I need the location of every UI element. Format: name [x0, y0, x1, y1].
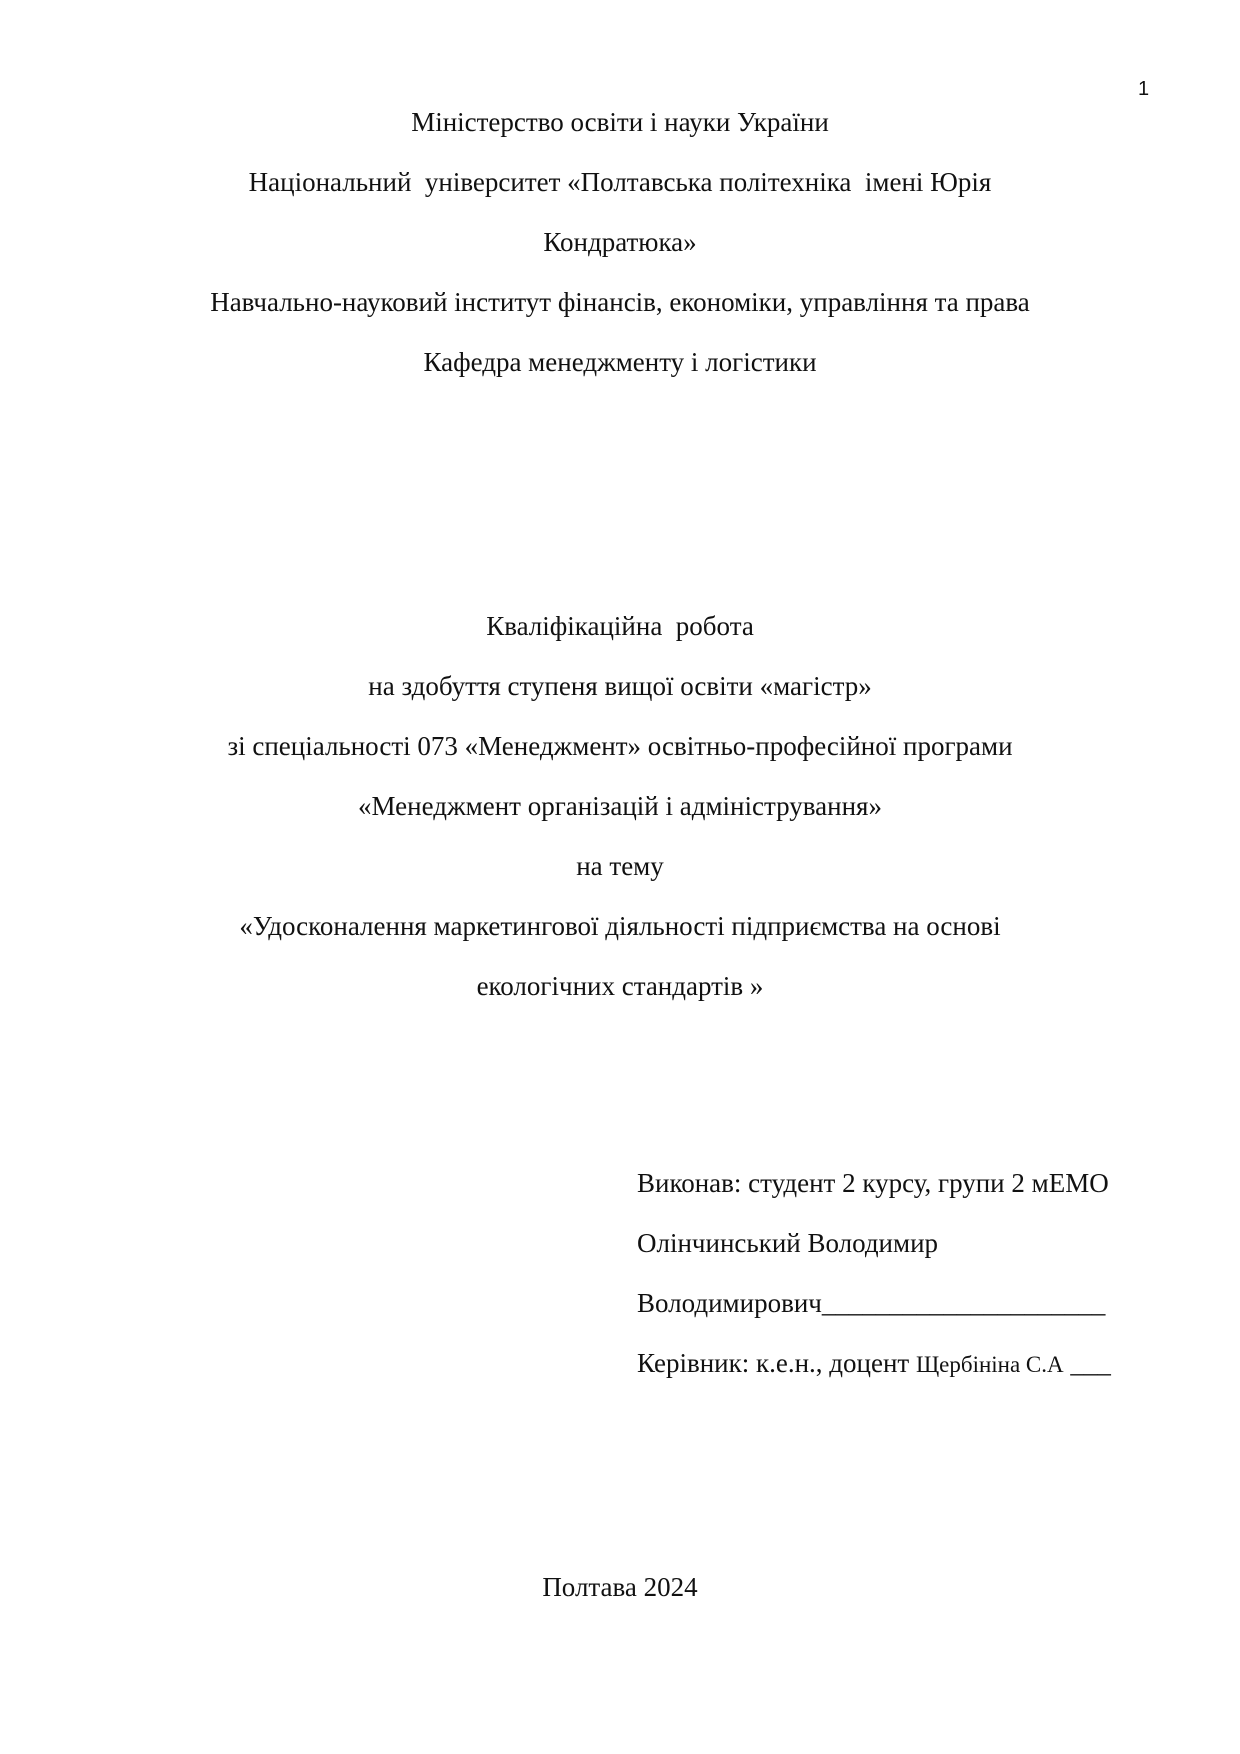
specialty-line: зі спеціальності 073 «Менеджмент» освітн…	[0, 716, 1240, 776]
city-year: Полтава 2024	[0, 1557, 1240, 1617]
work-type: Кваліфікаційна робота	[0, 596, 1240, 656]
work-title-block: Кваліфікаційна робота на здобуття ступен…	[0, 596, 1240, 1016]
footer: Полтава 2024	[0, 1557, 1240, 1617]
author-block: Виконав: студент 2 курсу, групи 2 мЕМО О…	[637, 1153, 1111, 1393]
supervisor-signature: ___	[1064, 1348, 1111, 1378]
university-line-cont: Кондратюка»	[0, 212, 1240, 272]
institution-header: Міністерство освіти і науки України Наці…	[0, 92, 1240, 392]
department-line: Кафедра менеджменту і логістики	[0, 332, 1240, 392]
supervisor-line: Керівник: к.е.н., доцент Щербініна С.А _…	[637, 1333, 1111, 1393]
degree-line: на здобуття ступеня вищої освіти «магіст…	[0, 656, 1240, 716]
supervisor-label: Керівник: к.е.н., доцент	[637, 1348, 916, 1378]
ministry-line: Міністерство освіти і науки України	[0, 92, 1240, 152]
topic-title: «Удосконалення маркетингової діяльності …	[0, 896, 1240, 956]
student-name: Олінчинський Володимир	[637, 1213, 1111, 1273]
institute-line: Навчально-науковий інститут фінансів, ек…	[0, 272, 1240, 332]
topic-label: на тему	[0, 836, 1240, 896]
program-line: «Менеджмент організацій і адмініструванн…	[0, 776, 1240, 836]
student-name-cont: Володимирович_____________________	[637, 1273, 1111, 1333]
university-line: Національний університет «Полтавська пол…	[0, 152, 1240, 212]
topic-title-cont: екологічних стандартів »	[0, 956, 1240, 1016]
performed-by: Виконав: студент 2 курсу, групи 2 мЕМО	[637, 1153, 1111, 1213]
supervisor-name: Щербініна С.А	[916, 1352, 1064, 1377]
